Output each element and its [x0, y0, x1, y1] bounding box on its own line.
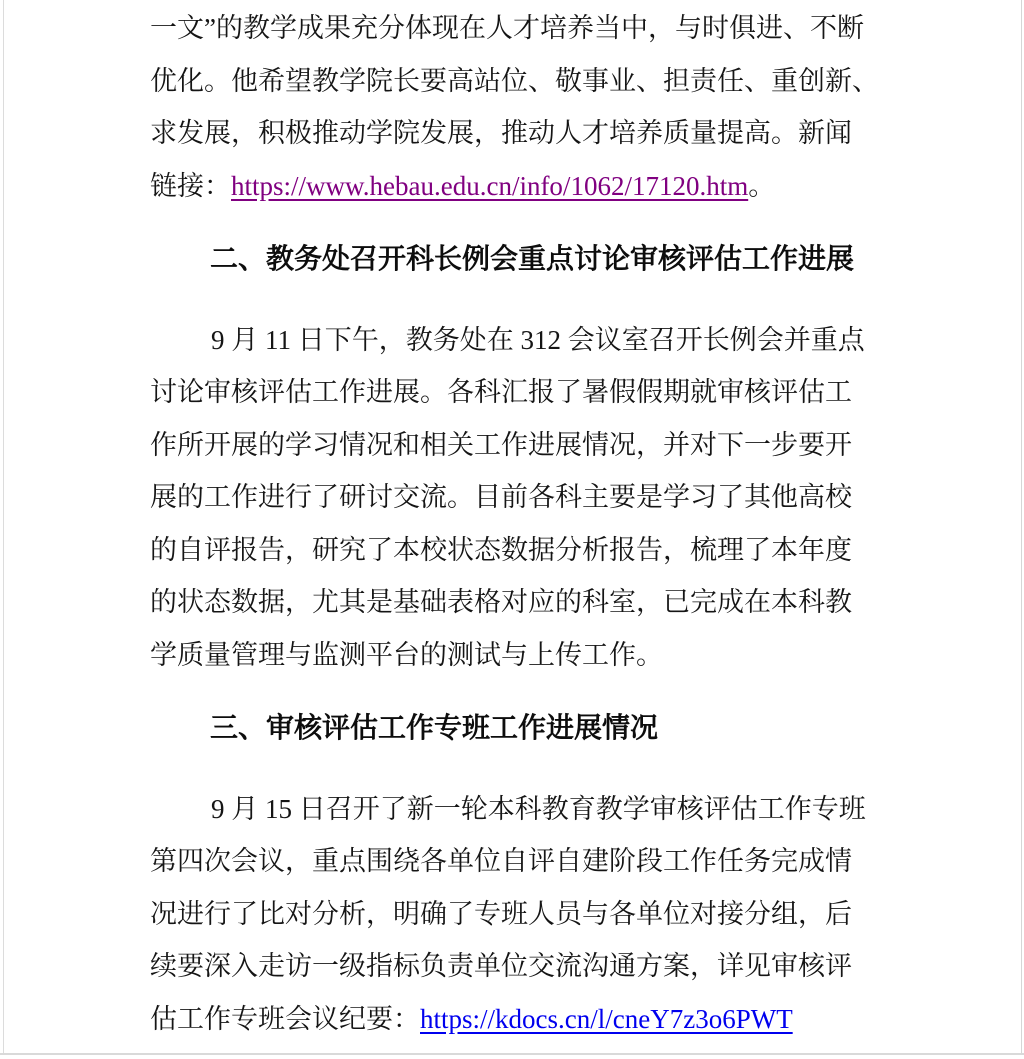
- text-line-with-link: 估工作专班会议纪要：https://kdocs.cn/l/cneY7z3o6PW…: [150, 993, 880, 1046]
- link-prefix-text: 链接：: [150, 171, 231, 201]
- text-line: 学质量管理与监测平台的测试与上传工作。: [150, 629, 880, 682]
- text-line: 第四次会议，重点围绕各单位自评自建阶段工作任务完成情: [150, 835, 880, 888]
- paragraph-3: 9 月 15 日召开了新一轮本科教育教学审核评估工作专班 第四次会议，重点围绕各…: [150, 783, 880, 1046]
- link-suffix-text: 。: [748, 171, 775, 201]
- text-line: 求发展，积极推动学院发展，推动人才培养质量提高。新闻: [150, 107, 880, 160]
- link-prefix-text: 估工作专班会议纪要：: [150, 1004, 420, 1034]
- page-left-border: [3, 0, 4, 1054]
- paragraph-2: 9 月 11 日下午，教务处在 312 会议室召开长例会并重点 讨论审核评估工作…: [150, 314, 880, 682]
- text-line: 一文”的教学成果充分体现在人才培养当中，与时俱进、不断: [150, 2, 880, 55]
- text-line: 况进行了比对分析，明确了专班人员与各单位对接分组，后: [150, 888, 880, 941]
- page-bottom-border: [0, 1053, 1024, 1055]
- text-line: 作所开展的学习情况和相关工作进展情况，并对下一步要开: [150, 419, 880, 472]
- paragraph-1: 一文”的教学成果充分体现在人才培养当中，与时俱进、不断 优化。他希望教学院长要高…: [150, 2, 880, 212]
- text-line: 的状态数据，尤其是基础表格对应的科室，已完成在本科教: [150, 576, 880, 629]
- text-line: 9 月 11 日下午，教务处在 312 会议室召开长例会并重点: [150, 314, 880, 367]
- text-line: 续要深入走访一级指标负责单位交流沟通方案，详见审核评: [150, 940, 880, 993]
- kdocs-meeting-minutes-hyperlink[interactable]: https://kdocs.cn/l/cneY7z3o6PWT: [420, 1004, 793, 1034]
- text-line-with-link: 链接：https://www.hebau.edu.cn/info/1062/17…: [150, 160, 880, 213]
- text-line: 展的工作进行了研讨交流。目前各科主要是学习了其他高校: [150, 471, 880, 524]
- hebau-news-hyperlink[interactable]: https://www.hebau.edu.cn/info/1062/17120…: [231, 171, 748, 201]
- text-line: 优化。他希望教学院长要高站位、敬事业、担责任、重创新、: [150, 55, 880, 108]
- document-page: 一文”的教学成果充分体现在人才培养当中，与时俱进、不断 优化。他希望教学院长要高…: [0, 0, 1024, 1059]
- section-heading-3: 三、审核评估工作专班工作进展情况: [150, 702, 880, 755]
- page-right-border: [1021, 0, 1022, 1054]
- text-line: 9 月 15 日召开了新一轮本科教育教学审核评估工作专班: [150, 783, 880, 836]
- text-line: 讨论审核评估工作进展。各科汇报了暑假假期就审核评估工: [150, 366, 880, 419]
- text-line: 的自评报告，研究了本校状态数据分析报告，梳理了本年度: [150, 524, 880, 577]
- document-text-column: 一文”的教学成果充分体现在人才培养当中，与时俱进、不断 优化。他希望教学院长要高…: [150, 0, 880, 1045]
- section-heading-2: 二、教务处召开科长例会重点讨论审核评估工作进展: [150, 233, 880, 286]
